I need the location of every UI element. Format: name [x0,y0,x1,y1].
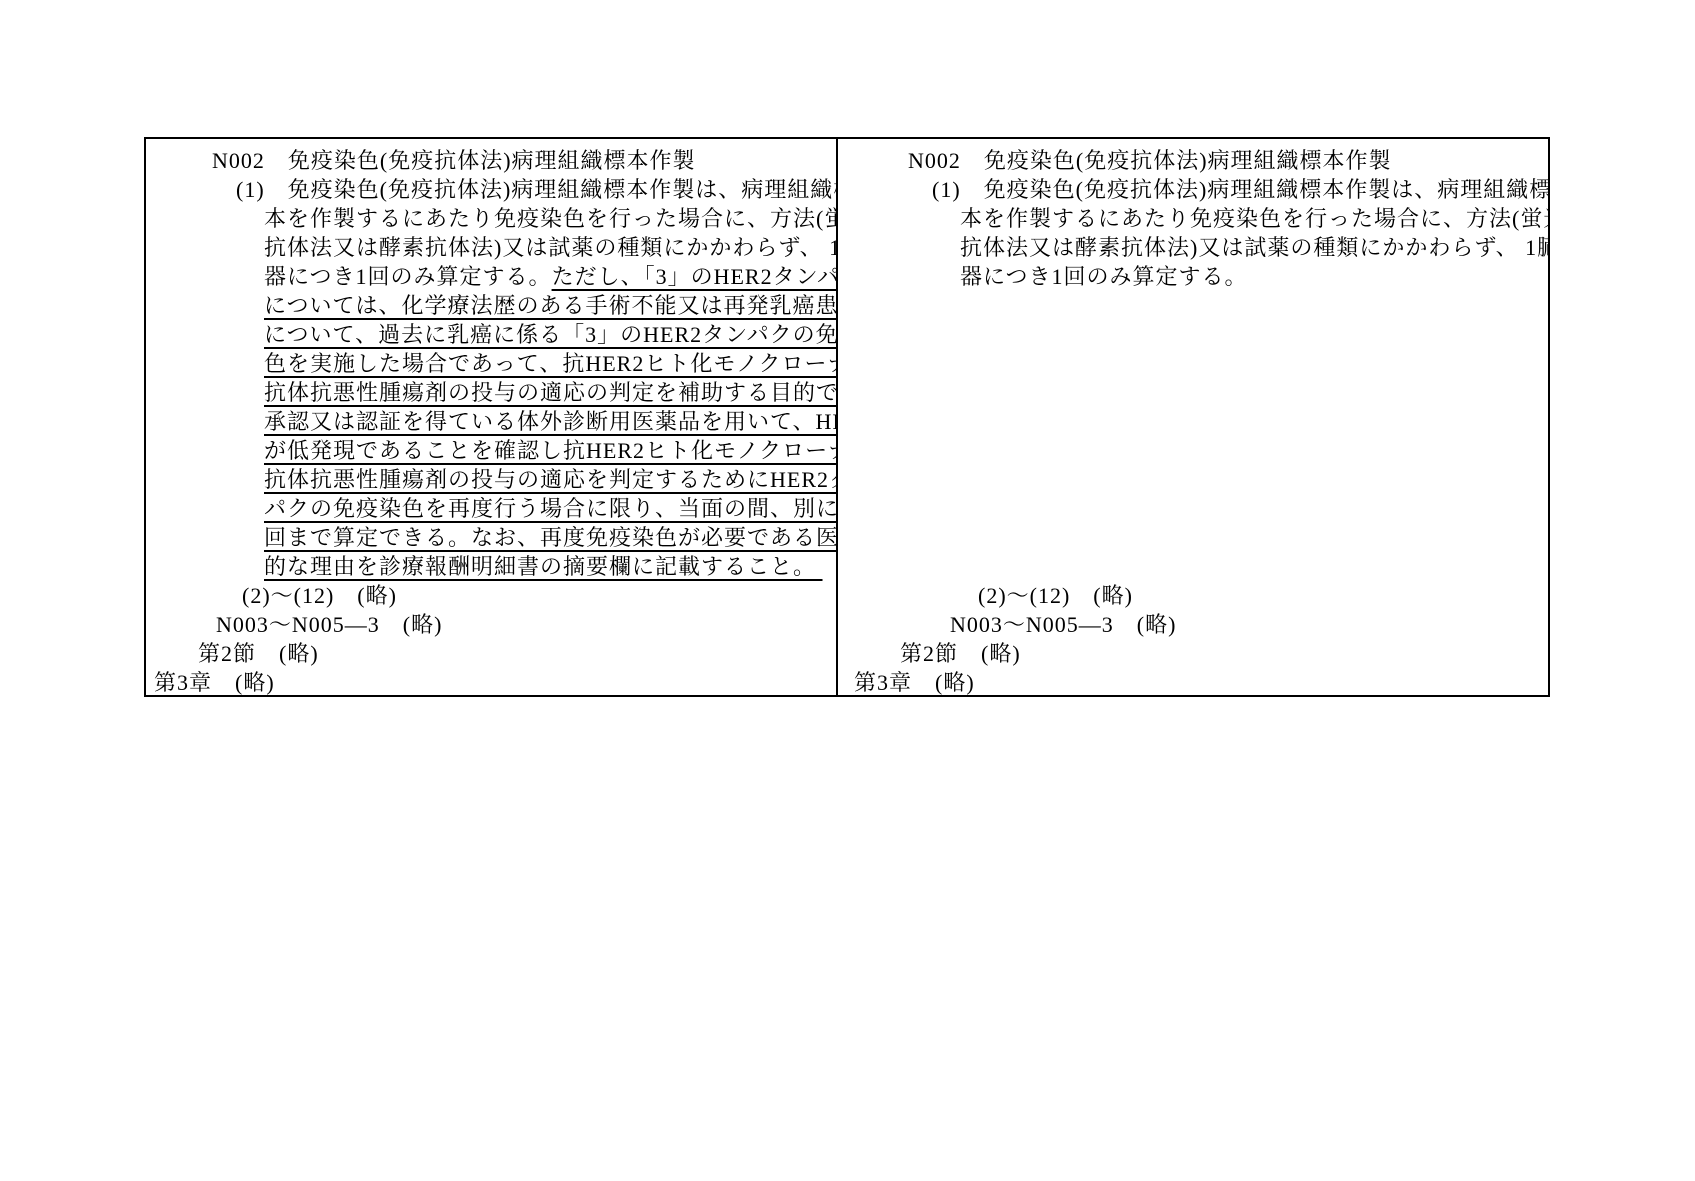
text-line: N002 免疫染色(免疫抗体法)病理組織標本作製 [838,146,1548,175]
text-line: 承認又は認証を得ている体外診断用医薬品を用いて、HER2 [146,407,836,436]
text-line: 第3章 (略) [838,668,1548,695]
text-line: 抗体抗悪性腫瘍剤の投与の適応を判定するためにHER2タン [146,465,836,494]
text-line: が低発現であることを確認し抗HER2ヒト化モノクローナル [146,436,836,465]
text-line [838,494,1548,523]
text-line: については、化学療法歴のある手術不能又は再発乳癌患者 [146,291,836,320]
text-line: N003〜N005―3 (略) [838,610,1548,639]
text-line: 本を作製するにあたり免疫染色を行った場合に、方法(蛍光 [146,204,836,233]
text-line: (2)〜(12) (略) [146,581,836,610]
text-line: パクの免疫染色を再度行う場合に限り、当面の間、別に1 [146,494,836,523]
text-line: 抗体法又は酵素抗体法)又は試薬の種類にかかわらず、 1臓 [838,233,1548,262]
text-segment: N002 免疫染色(免疫抗体法)病理組織標本作製 [212,148,696,173]
underlined-text-segment: 的な理由を診療報酬明細書の摘要欄に記載すること。 [264,554,823,579]
text-line [838,349,1548,378]
text-line: (1) 免疫染色(免疫抗体法)病理組織標本作製は、病理組織標 [838,175,1548,204]
underlined-text-segment: について、過去に乳癌に係る「3」のHER2タンパクの免疫染 [264,322,838,347]
column-original-text: N002 免疫染色(免疫抗体法)病理組織標本作製(1) 免疫染色(免疫抗体法)病… [838,139,1548,695]
text-segment: 第2節 (略) [198,641,319,666]
text-segment: 抗体法又は酵素抗体法)又は試薬の種類にかかわらず、 1臓 [264,235,838,260]
text-line: (2)〜(12) (略) [838,581,1548,610]
text-segment: 器につき1回のみ算定する。 [264,264,552,289]
underlined-text-segment: 回まで算定できる。なお、再度免疫染色が必要である医学 [264,525,838,550]
text-line: 抗体法又は酵素抗体法)又は試薬の種類にかかわらず、 1臓 [146,233,836,262]
underlined-text-segment: 抗体抗悪性腫瘍剤の投与の適応の判定を補助する目的で薬事 [264,380,838,405]
text-line [838,291,1548,320]
text-line [838,465,1548,494]
text-line: N003〜N005―3 (略) [146,610,836,639]
text-segment: N003〜N005―3 (略) [950,612,1176,637]
revision-comparison-table: N002 免疫染色(免疫抗体法)病理組織標本作製(1) 免疫染色(免疫抗体法)病… [144,137,1550,697]
text-line: 色を実施した場合であって、抗HER2ヒト化モノクローナル [146,349,836,378]
underlined-text-segment: 承認又は認証を得ている体外診断用医薬品を用いて、HER2 [264,409,838,434]
underlined-text-segment: 抗体抗悪性腫瘍剤の投与の適応を判定するためにHER2タン [264,467,838,492]
text-segment: (1) 免疫染色(免疫抗体法)病理組織標本作製は、病理組織標 [236,177,838,202]
underlined-text-segment: が低発現であることを確認し抗HER2ヒト化モノクローナル [264,438,838,463]
text-line: 第2節 (略) [838,639,1548,668]
text-segment: 本を作製するにあたり免疫染色を行った場合に、方法(蛍光 [264,206,838,231]
text-line: 的な理由を診療報酬明細書の摘要欄に記載すること。 [146,552,836,581]
text-line: 器につき1回のみ算定する。 [838,262,1548,291]
text-line [838,378,1548,407]
text-segment: 器につき1回のみ算定する。 [960,264,1248,289]
text-segment: N002 免疫染色(免疫抗体法)病理組織標本作製 [908,148,1392,173]
text-line: 第2節 (略) [146,639,836,668]
text-segment: 第2節 (略) [900,641,1021,666]
text-line: について、過去に乳癌に係る「3」のHER2タンパクの免疫染 [146,320,836,349]
text-line [838,523,1548,552]
underlined-text-segment: パクの免疫染色を再度行う場合に限り、当面の間、別に1 [264,496,838,521]
text-line: 回まで算定できる。なお、再度免疫染色が必要である医学 [146,523,836,552]
text-segment: (2)〜(12) (略) [242,583,397,608]
text-line: 抗体抗悪性腫瘍剤の投与の適応の判定を補助する目的で薬事 [146,378,836,407]
underlined-text-segment: ただし、「3」のHER2タンパク [552,264,838,289]
text-segment: 抗体法又は酵素抗体法)又は試薬の種類にかかわらず、 1臓 [960,235,1548,260]
text-segment: 第3章 (略) [154,670,275,695]
text-segment: (1) 免疫染色(免疫抗体法)病理組織標本作製は、病理組織標 [932,177,1548,202]
text-line: 本を作製するにあたり免疫染色を行った場合に、方法(蛍光 [838,204,1548,233]
text-segment: 第3章 (略) [854,670,975,695]
text-line: N002 免疫染色(免疫抗体法)病理組織標本作製 [146,146,836,175]
underlined-text-segment: 色を実施した場合であって、抗HER2ヒト化モノクローナル [264,351,838,376]
text-line [838,436,1548,465]
text-segment: (2)〜(12) (略) [978,583,1133,608]
text-line [838,407,1548,436]
text-line [838,320,1548,349]
column-revised-text: N002 免疫染色(免疫抗体法)病理組織標本作製(1) 免疫染色(免疫抗体法)病… [146,139,838,695]
text-line: 器につき1回のみ算定する。ただし、「3」のHER2タンパク [146,262,836,291]
text-line [838,552,1548,581]
text-segment: 本を作製するにあたり免疫染色を行った場合に、方法(蛍光 [960,206,1548,231]
text-line: (1) 免疫染色(免疫抗体法)病理組織標本作製は、病理組織標 [146,175,836,204]
underlined-text-segment: については、化学療法歴のある手術不能又は再発乳癌患者 [264,293,838,318]
text-segment: N003〜N005―3 (略) [216,612,442,637]
text-line: 第3章 (略) [146,668,836,695]
